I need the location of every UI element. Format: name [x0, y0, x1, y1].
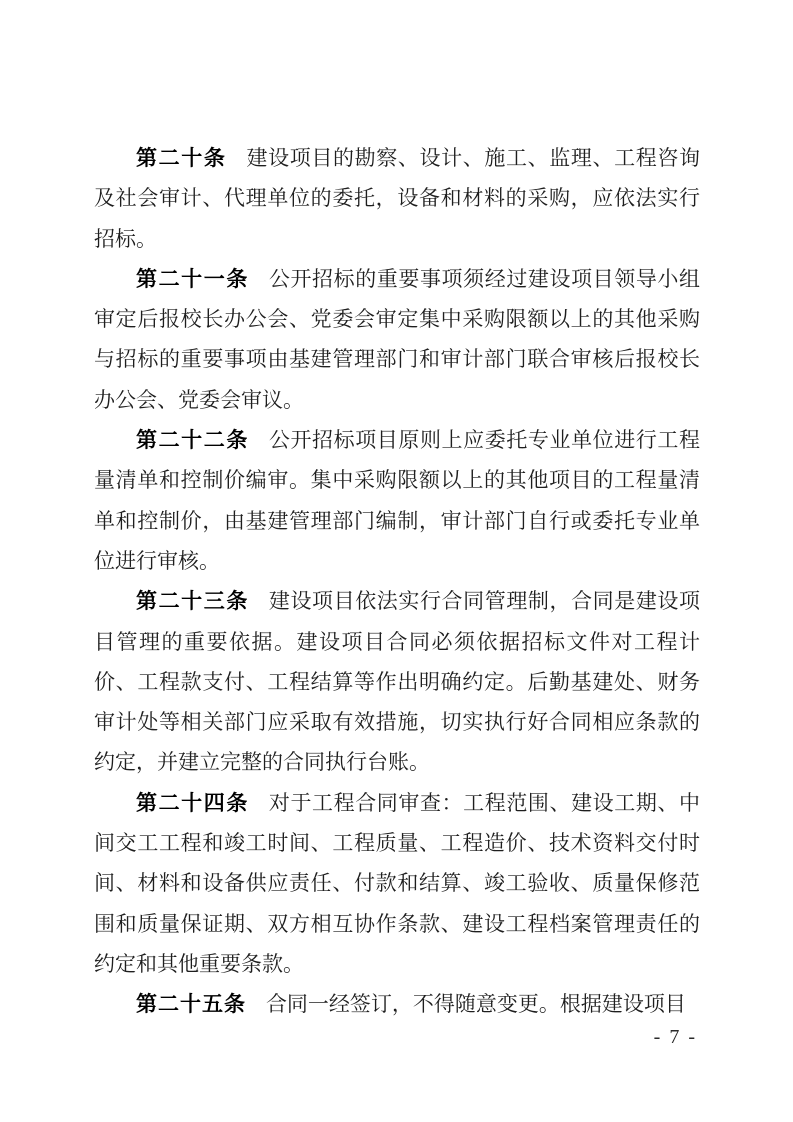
article-number: 第二十一条: [136, 267, 249, 291]
article-text: 合同一经签订，不得随意变更。根据建设项目: [266, 992, 686, 1016]
article-text: 对于工程合同审查：工程范围、建设工期、中间交工工程和竣工时间、工程质量、工程造价…: [94, 791, 700, 976]
article-paragraph-20: 第二十条建设项目的勘察、设计、施工、监理、工程咨询及社会审计、代理单位的委托，设…: [94, 138, 700, 259]
article-paragraph-22: 第二十二条公开招标项目原则上应委托专业单位进行工程量清单和控制价编审。集中采购限…: [94, 420, 700, 581]
article-paragraph-24: 第二十四条对于工程合同审查：工程范围、建设工期、中间交工工程和竣工时间、工程质量…: [94, 783, 700, 984]
article-paragraph-23: 第二十三条建设项目依法实行合同管理制，合同是建设项目管理的重要依据。建设项目合同…: [94, 581, 700, 782]
article-number: 第二十条: [136, 146, 227, 170]
article-number: 第二十四条: [136, 791, 249, 815]
page-number: - 7 -: [654, 1026, 697, 1049]
article-number: 第二十二条: [136, 428, 249, 452]
document-text-block: 第二十条建设项目的勘察、设计、施工、监理、工程咨询及社会审计、代理单位的委托，设…: [94, 138, 700, 1025]
article-text: 建设项目依法实行合同管理制，合同是建设项目管理的重要依据。建设项目合同必须依据招…: [94, 589, 700, 774]
article-paragraph-25: 第二十五条合同一经签订，不得随意变更。根据建设项目: [94, 984, 700, 1024]
article-paragraph-21: 第二十一条公开招标的重要事项须经过建设项目领导小组审定后报校长办公会、党委会审定…: [94, 259, 700, 420]
article-number: 第二十三条: [136, 589, 249, 613]
document-page: 第二十条建设项目的勘察、设计、施工、监理、工程咨询及社会审计、代理单位的委托，设…: [0, 0, 793, 1122]
article-number: 第二十五条: [136, 992, 246, 1016]
